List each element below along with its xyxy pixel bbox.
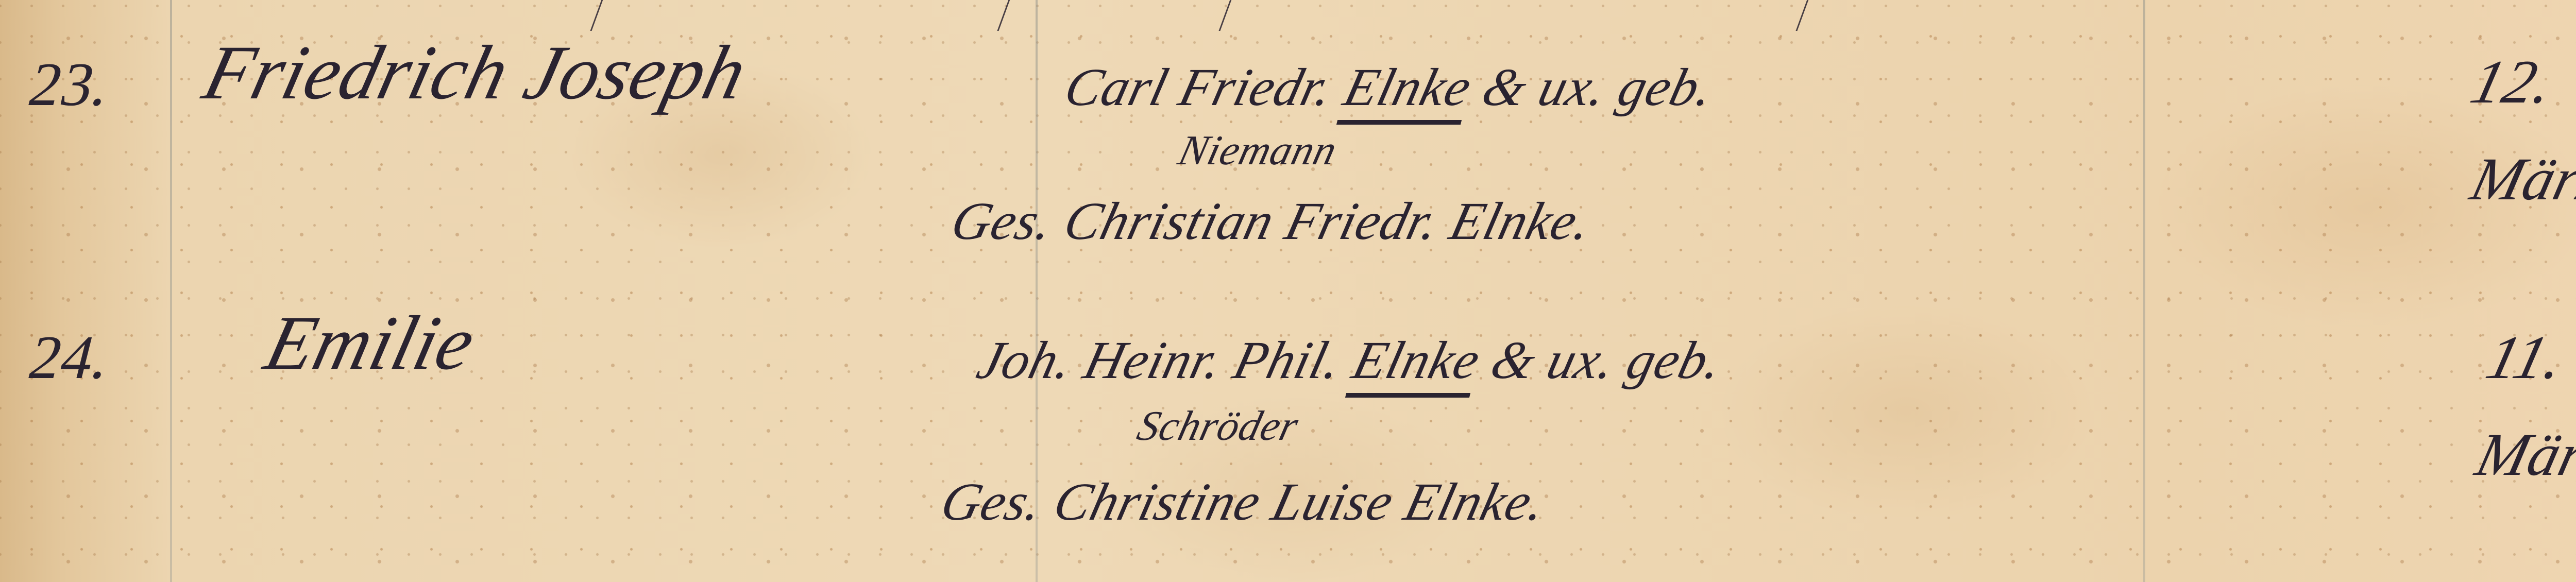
child-given-names: Emilie [257, 299, 484, 387]
column-rule-number [170, 0, 172, 582]
godparent-line: Ges. Christine Luise Elnke. [935, 471, 1552, 533]
register-page: 23. Friedrich Joseph Carl Friedr. Elnke … [0, 0, 2576, 582]
wife-born-abbrev: & ux. geb. [1485, 331, 1728, 390]
mother-maiden-name: Niemann [1174, 126, 1342, 175]
month: März. [2469, 420, 2576, 490]
entry-number: 24. [22, 322, 118, 393]
previous-row-stroke [997, 0, 1013, 31]
previous-row-stroke [1218, 0, 1235, 31]
previous-row-stroke [590, 0, 606, 31]
family-surname: Elnke [1345, 331, 1486, 398]
birth-day: 12. [2464, 46, 2561, 117]
father-given-names: Carl Friedr. [1059, 58, 1339, 117]
month: März. [2464, 144, 2576, 214]
entry-number: 23. [22, 49, 118, 120]
previous-row-stroke [1795, 0, 1812, 31]
godparent-line: Ges. Christian Friedr. Elnke. [945, 191, 1598, 252]
column-rule-dates [2143, 0, 2145, 582]
father-given-names: Joh. Heinr. Phil. [972, 331, 1348, 390]
child-given-names: Friedrich Joseph [195, 28, 756, 117]
birth-day: 11. [2480, 322, 2572, 393]
mother-maiden-name: Schröder [1132, 402, 1303, 450]
parents-line: Joh. Heinr. Phil. Elnke & ux. geb. [971, 330, 1728, 391]
parents-line: Carl Friedr. Elnke & ux. geb. [1059, 57, 1720, 118]
family-surname: Elnke [1336, 58, 1478, 125]
wife-born-abbrev: & ux. geb. [1477, 58, 1720, 117]
